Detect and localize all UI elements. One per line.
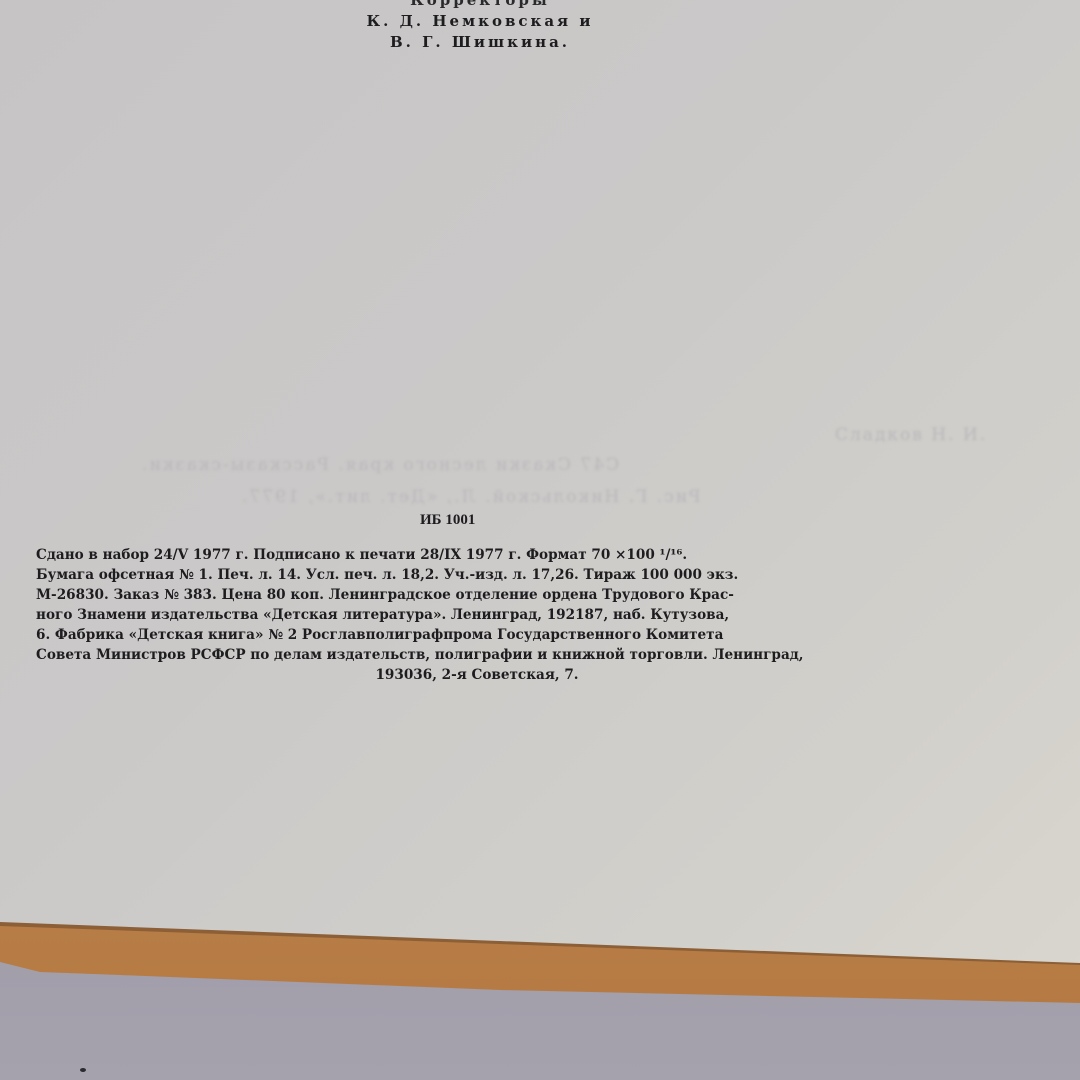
colophon-line: М-26830. Заказ № 383. Цена 80 коп. Ленин… [36,585,928,605]
bleed-through-line-2: С47 Сказки лесного края. Рассказы-сказки… [140,455,619,475]
colophon: Сдано в набор 24/V 1977 г. Подписано к п… [36,545,928,685]
colophon-line: Сдано в набор 24/V 1977 г. Подписано к п… [36,545,928,565]
bleed-through-line-3: Рис. Г. Никольской. Л., «Дет. лит.», 197… [240,487,700,507]
colophon-line: ного Знамени издательства «Детская литер… [36,605,928,625]
colophon-line: Совета Министров РСФСР по делам издатель… [36,645,928,665]
proofreaders-credits: Корректоры К. Д. Немковская и В. Г. Шишк… [330,0,630,53]
credits-name-2: В. Г. Шишкина. [330,32,630,53]
credits-name-1: К. Д. Немковская и [330,11,630,32]
colophon-line: 6. Фабрика «Детская книга» № 2 Росглавпо… [36,625,928,645]
dust-speck [80,1068,86,1072]
ib-number: ИБ 1001 [420,512,475,529]
book-page: Корректоры К. Д. Немковская и В. Г. Шишк… [0,0,1080,1080]
bleed-through-line-1: Сладков Н. И. [835,425,987,445]
colophon-line: Бумага офсетная № 1. Печ. л. 14. Усл. пе… [36,565,928,585]
credits-role: Корректоры [330,0,630,11]
colophon-line-address: 193036, 2-я Советская, 7. [36,665,928,685]
